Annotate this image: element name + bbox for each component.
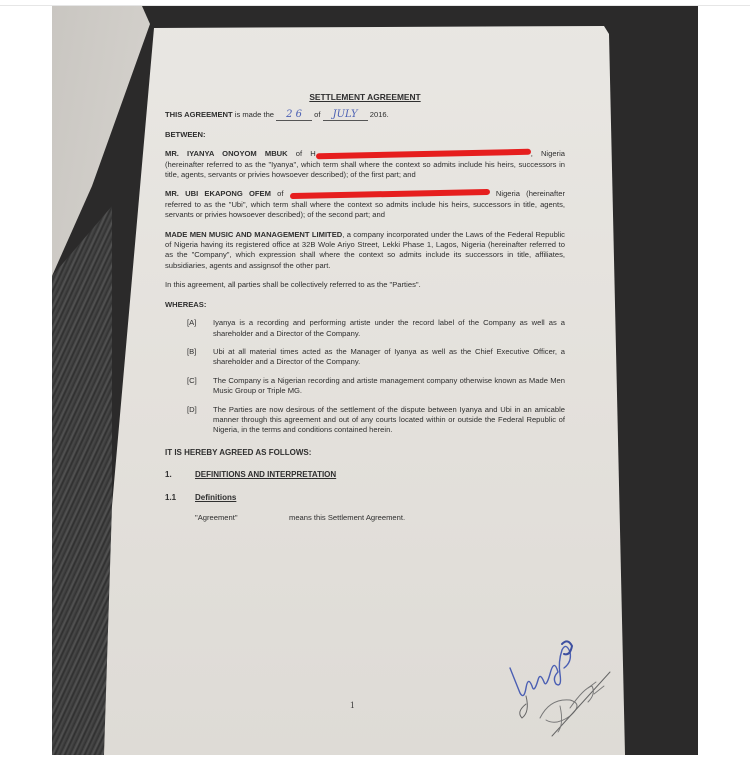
handwritten-month: JULY — [323, 109, 368, 121]
recital-tag: [A] — [187, 318, 213, 339]
recital-text: The Parties are now desirous of the sett… — [213, 405, 565, 436]
party-address-start: of H — [288, 149, 316, 158]
recital-tag: [C] — [187, 376, 213, 397]
redaction-mark — [316, 149, 531, 160]
agreed-label: IT IS HEREBY AGREED AS FOLLOWS: — [165, 448, 565, 458]
whereas-label: WHEREAS: — [165, 300, 565, 310]
collective-note: In this agreement, all parties shall be … — [165, 280, 565, 290]
party-address-start: of — [271, 189, 290, 198]
recital-text: Iyanya is a recording and performing art… — [213, 318, 565, 339]
recital-tag: [B] — [187, 347, 213, 368]
definition-term: "Agreement" — [195, 513, 289, 523]
document-title: SETTLEMENT AGREEMENT — [165, 92, 565, 102]
party-iyanya: MR. IYANYA ONOYOM MBUK of H, Nigeria (he… — [165, 149, 565, 180]
subsection-heading: 1.1 Definitions — [165, 493, 565, 503]
subsection-title: Definitions — [195, 493, 236, 503]
made-line-year: 2016. — [368, 110, 389, 119]
definition-meaning: means this Settlement Agreement. — [289, 513, 405, 523]
recital-tag: [D] — [187, 405, 213, 436]
party-ubi: MR. UBI EKAPONG OFEM of Nigeria (hereina… — [165, 189, 565, 220]
party-company: MADE MEN MUSIC AND MANAGEMENT LIMITED, a… — [165, 230, 565, 272]
section-title: DEFINITIONS AND INTERPRETATION — [195, 470, 336, 480]
section-heading: 1. DEFINITIONS AND INTERPRETATION — [165, 470, 565, 480]
recital-b: [B] Ubi at all material times acted as t… — [187, 347, 565, 368]
recital-text: Ubi at all material times acted as the M… — [213, 347, 565, 368]
signatures — [500, 628, 620, 738]
party-name: MR. UBI EKAPONG OFEM — [165, 189, 271, 198]
party-name: MADE MEN MUSIC AND MANAGEMENT LIMITED — [165, 230, 342, 239]
recital-a: [A] Iyanya is a recording and performing… — [187, 318, 565, 339]
made-line-prefix: THIS AGREEMENT — [165, 110, 233, 119]
subsection-number: 1.1 — [165, 493, 195, 503]
section-number: 1. — [165, 470, 195, 480]
made-line-of: of — [312, 110, 323, 119]
between-label: BETWEEN: — [165, 130, 565, 140]
agreement-text: SETTLEMENT AGREEMENT THIS AGREEMENT is m… — [165, 92, 565, 523]
made-line: THIS AGREEMENT is made the 2 6 of JULY 2… — [165, 110, 565, 120]
handwritten-day: 2 6 — [276, 109, 312, 121]
definition-row: "Agreement" means this Settlement Agreem… — [195, 513, 565, 523]
recital-d: [D] The Parties are now desirous of the … — [187, 405, 565, 436]
redaction-mark — [290, 189, 490, 199]
page-number: 1 — [350, 700, 355, 710]
party-name: MR. IYANYA ONOYOM MBUK — [165, 149, 288, 158]
recital-text: The Company is a Nigerian recording and … — [213, 376, 565, 397]
made-line-middle: is made the — [233, 110, 276, 119]
recital-c: [C] The Company is a Nigerian recording … — [187, 376, 565, 397]
